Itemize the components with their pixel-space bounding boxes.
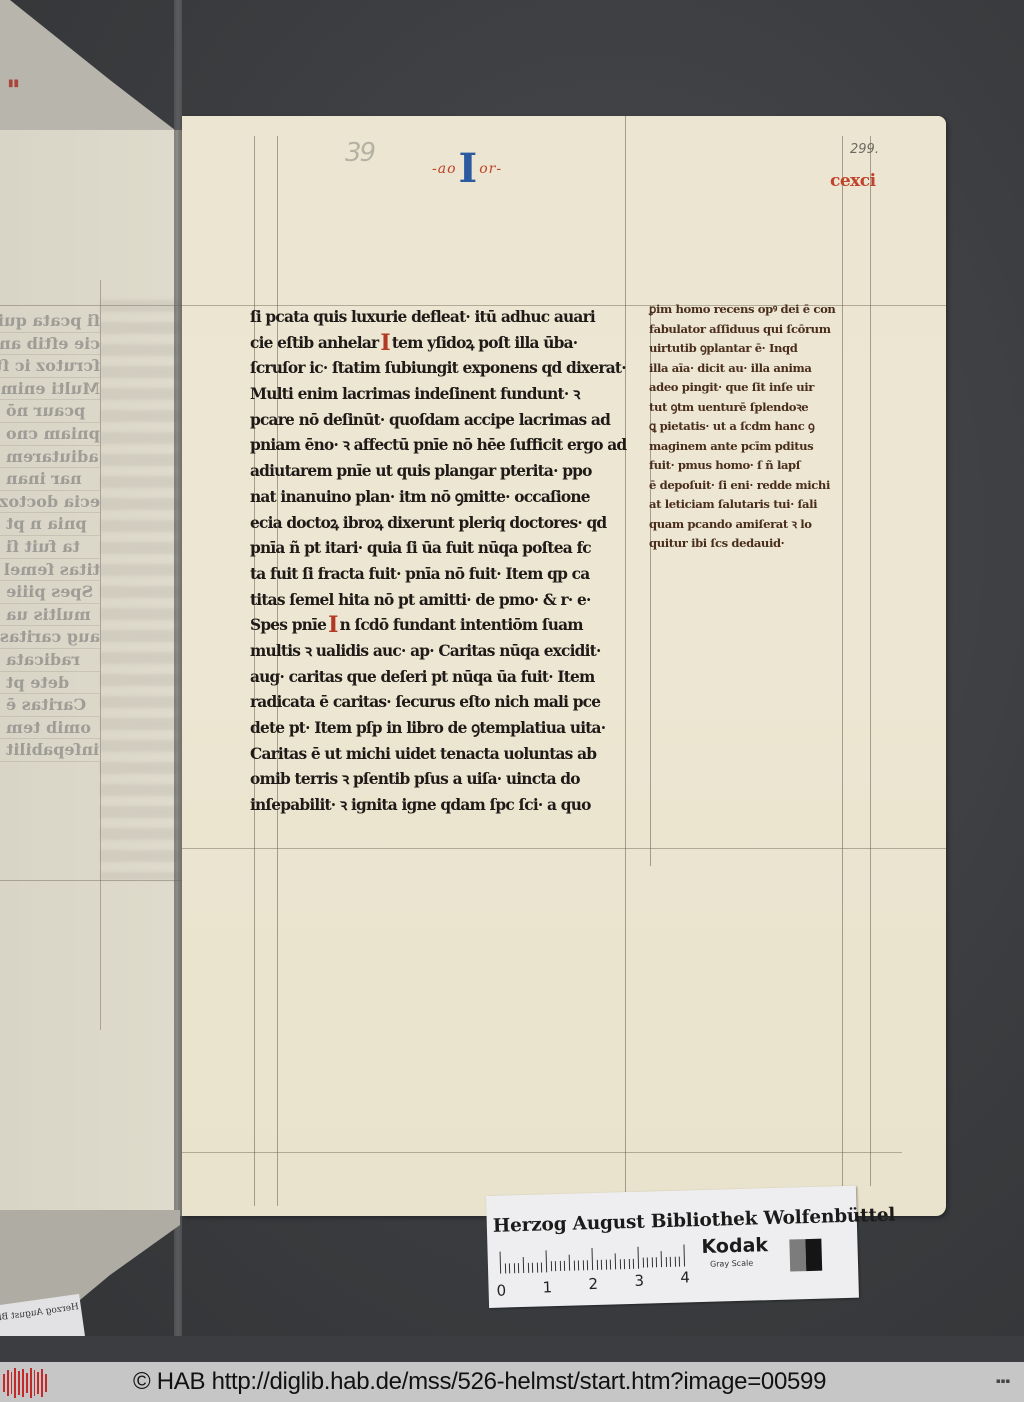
ghost-text-line: titas ſemel: [0, 559, 100, 582]
ghost-text-line: Spes piiie: [0, 581, 100, 604]
text-line: pnīa ñ pt itari· quia ſi ūa fuit nūqa po…: [250, 536, 630, 562]
ruler-tick: [637, 1246, 639, 1268]
text-line: radicata ē caritas· ſecurus eſto nich ma…: [250, 690, 630, 716]
ruler-tick: [555, 1261, 556, 1271]
text-line: Multi enim lacrimas indeſinent fundunt· …: [250, 382, 630, 408]
ruler-tick: [518, 1263, 519, 1273]
ruler-label: 1: [542, 1278, 552, 1296]
ruler-label: 3: [634, 1272, 644, 1290]
ruler-tick: [541, 1262, 542, 1272]
gloss-line: tut ꝯtm uenturē ſplendoꝛe: [649, 398, 859, 418]
show-through-ink: [100, 300, 180, 880]
black-swatch: [805, 1239, 822, 1271]
ghost-text-line: inſepabilit: [0, 739, 100, 762]
ghost-text-line: Multi enim: [0, 378, 100, 401]
ghost-text-line: aug caritas: [0, 626, 100, 649]
scale-ruler: 0 1 2 3 4: [500, 1256, 691, 1291]
ghost-text-line: Caritas ē: [0, 694, 100, 717]
ruler-label: 4: [680, 1268, 690, 1286]
ghost-text-line: pniam cno: [0, 423, 100, 446]
text-line: inſepabilit· ꝛ ignita igne qdam ſpc ſci·…: [250, 793, 630, 819]
ruler-tick: [527, 1263, 528, 1273]
ruler-tick: [661, 1251, 662, 1267]
ruler-tick: [583, 1260, 584, 1270]
ruler-tick: [514, 1263, 515, 1273]
text-line: ſi pcata quis luxurie defleat· itū adhuc…: [250, 305, 630, 331]
text-line: pniam ēno· ꝛ affectū pnīe nō hēe ſuffici…: [250, 433, 630, 459]
ruler-tick: [679, 1257, 680, 1267]
ghost-text-line: dete pt: [0, 672, 100, 695]
ruler-tick: [652, 1258, 653, 1268]
ruler-tick: [523, 1257, 524, 1273]
text-line: titas ſemel hita nō pt amitti· de pmo· &…: [250, 588, 630, 614]
running-head-flourish-right: or-: [479, 161, 502, 177]
blue-initial: I: [459, 149, 478, 189]
ghost-text-line: omib tem: [0, 717, 100, 740]
ghost-text-line: cie eſtib an: [0, 333, 100, 356]
ruler-tick: [532, 1262, 533, 1272]
ghost-text-line: radicata: [0, 649, 100, 672]
folded-leaf-top-left: ▮▮: [0, 0, 180, 135]
text-line: dete pt· Item pſp in libro de ꝯtemplatiu…: [250, 716, 630, 742]
hab-barcode-logo-icon: [3, 1368, 47, 1398]
main-text-column: ſi pcata quis luxurie defleat· itū adhuc…: [250, 305, 630, 819]
footer-bar: © HAB http://diglib.hab.de/mss/526-helms…: [0, 1362, 1024, 1402]
ruler-tick: [642, 1258, 643, 1268]
kodak-brand: Kodak: [701, 1234, 768, 1258]
text-line: Caritas ē ut michi uidet tenacta uolunta…: [250, 742, 630, 768]
ruler-tick: [573, 1261, 574, 1271]
ruler-tick: [670, 1257, 671, 1267]
modern-folio-number: 299.: [850, 142, 879, 157]
copyright-url-text[interactable]: © HAB http://diglib.hab.de/mss/526-helms…: [133, 1368, 826, 1396]
ruler-tick: [683, 1244, 685, 1266]
ruler-tick: [629, 1259, 630, 1269]
gloss-line: fabulator aſſiduus qui ſcōrum: [649, 320, 859, 340]
text-line: ſcruſor ic· ſtatim ſubiungit exponens qd…: [250, 356, 630, 382]
ruler-tick: [504, 1263, 505, 1273]
ruler-tick: [633, 1258, 634, 1268]
ruler-label: 0: [496, 1281, 506, 1299]
gloss-line: illa aīa· dicit au· illa anima: [649, 359, 859, 379]
gloss-line: uirtutib ꝯplantar ē· Inqd: [649, 339, 859, 359]
reference-color-card: Herzog August Bibliothek Wolfenbüttel 0 …: [486, 1186, 859, 1308]
ghost-text-line: ecia doctoz: [0, 491, 100, 514]
ghost-text-line: multis ua: [0, 604, 100, 627]
text-segment: n ſcdō fundant intentiōm ſuam: [340, 616, 583, 634]
ruler-tick: [656, 1258, 657, 1268]
ruler-tick: [619, 1259, 620, 1269]
text-line: Spes pnīeIn ſcdō fundant intentiōm ſuam: [250, 613, 630, 639]
text-line: multis ꝛ ualidis auc· ap· Caritas nūqa e…: [250, 639, 630, 665]
pencil-page-number: 39: [345, 138, 374, 168]
running-head-flourish-left: -ao: [432, 161, 457, 177]
ruler-tick: [624, 1259, 625, 1269]
right-page-recto: 39 -ao I or- 299. cexci ſi pcata quis lu…: [182, 116, 946, 1216]
gloss-line: maginem ante pcīm pditus: [649, 437, 859, 457]
text-line: omib terris ꝛ pſentib pſus a uiſa· uinct…: [250, 767, 630, 793]
ruler-tick: [587, 1260, 588, 1270]
gloss-line: quitur ibi ſcs dedauid·: [649, 534, 859, 554]
library-name: Herzog August Bibliothek Wolfenbüttel: [493, 1205, 896, 1237]
ghost-text-line: pcaur nō: [0, 400, 100, 423]
ghost-text-line: ſi pcata quis: [0, 310, 100, 333]
ruler-tick: [606, 1260, 607, 1270]
ruler-tick: [560, 1261, 561, 1271]
roman-folio-number: cexci: [830, 171, 876, 191]
text-line: ecia doctoꝝ ibroꝝ dixerunt pleriq doctor…: [250, 511, 630, 537]
gray-scale-label: Gray Scale: [710, 1259, 753, 1269]
gloss-line: ē depoſuit· ſi eni· redde michi: [649, 476, 859, 496]
ghost-text-line: adiutarem: [0, 446, 100, 469]
corner-mark: ▪▪▪: [996, 1377, 1010, 1385]
left-page-text-column: ſi pcata quiscie eſtib anſcrutoz ic ſtMu…: [0, 310, 100, 880]
ruler-tick: [537, 1262, 538, 1272]
ruling-line: [182, 848, 946, 849]
ghost-text-line: pnia n pt: [0, 513, 100, 536]
ghost-text-line: nar inan: [0, 468, 100, 491]
red-mark: ▮▮: [8, 72, 22, 96]
rubricated-initial: I: [380, 333, 390, 353]
gloss-line: at leticiam ſalutaris tui· ſali: [649, 495, 859, 515]
ruler-tick: [591, 1248, 593, 1270]
gloss-line: quam pcando amiſerat ꝛ lo: [649, 515, 859, 535]
ruler-tick: [647, 1258, 648, 1268]
ruler-tick: [564, 1261, 565, 1271]
ruler-tick: [550, 1262, 551, 1272]
ruler-tick: [665, 1257, 666, 1267]
text-segment: Spes pnīe: [250, 616, 326, 634]
ruler-tick: [578, 1261, 579, 1271]
ruler-tick: [500, 1252, 502, 1274]
ruler-tick: [569, 1255, 570, 1271]
text-line: nat inanuino plan· itm nō ꝯmitte· occaſi…: [250, 485, 630, 511]
text-line: ta fuit ſi fracta fuit· pnīa nō fuit· It…: [250, 562, 630, 588]
manuscript-scan: ▮▮ ſi pcata quiscie eſtib anſcrutoz ic ſ…: [0, 0, 1024, 1336]
ghost-text-line: ta fuit ſi: [0, 536, 100, 559]
ruler-tick: [596, 1260, 597, 1270]
text-line: cie eſtib anhelarItem yſidoꝝ poſt illa ū…: [250, 331, 630, 357]
gloss-line: ꝗ pietatis· ut a ſcdm hanc ꝯ: [649, 417, 859, 437]
ruler-tick: [546, 1250, 548, 1272]
text-line: pcare nō deſinūt· quoſdam accipe lacrima…: [250, 408, 630, 434]
gray-swatch: [789, 1239, 806, 1271]
ruling-line: [870, 136, 871, 1186]
text-line: adiutarem pnīe ut quis plangar pterita· …: [250, 459, 630, 485]
text-segment: tem yſidoꝝ poſt illa ūba·: [392, 334, 578, 352]
ruling-line: [842, 136, 843, 1186]
gloss-line: fuit· pmus homo· ſ ñ lapſ: [649, 456, 859, 476]
ruler-tick: [675, 1257, 676, 1267]
ruling-line: [182, 1152, 902, 1153]
text-segment: cie eſtib anhelar: [250, 334, 378, 352]
ruler-tick: [601, 1260, 602, 1270]
gloss-line: ꝑim homo recens opꝰ dei ē con: [649, 300, 859, 320]
rubricated-initial: I: [328, 615, 338, 635]
gloss-column: ꝑim homo recens opꝰ dei ē con fabulator …: [649, 300, 859, 554]
ruler-tick: [615, 1253, 616, 1269]
ruler-label: 2: [588, 1275, 598, 1293]
text-line: aug· caritas que deſeri pt nūqa ūa fuit·…: [250, 665, 630, 691]
ghost-text-line: ſcrutoz ic ſt: [0, 355, 100, 378]
gloss-line: adeo pingit· que ſit inſe uir: [649, 378, 859, 398]
ruler-tick: [509, 1263, 510, 1273]
running-head: -ao I or-: [432, 144, 502, 194]
ruler-tick: [610, 1259, 611, 1269]
